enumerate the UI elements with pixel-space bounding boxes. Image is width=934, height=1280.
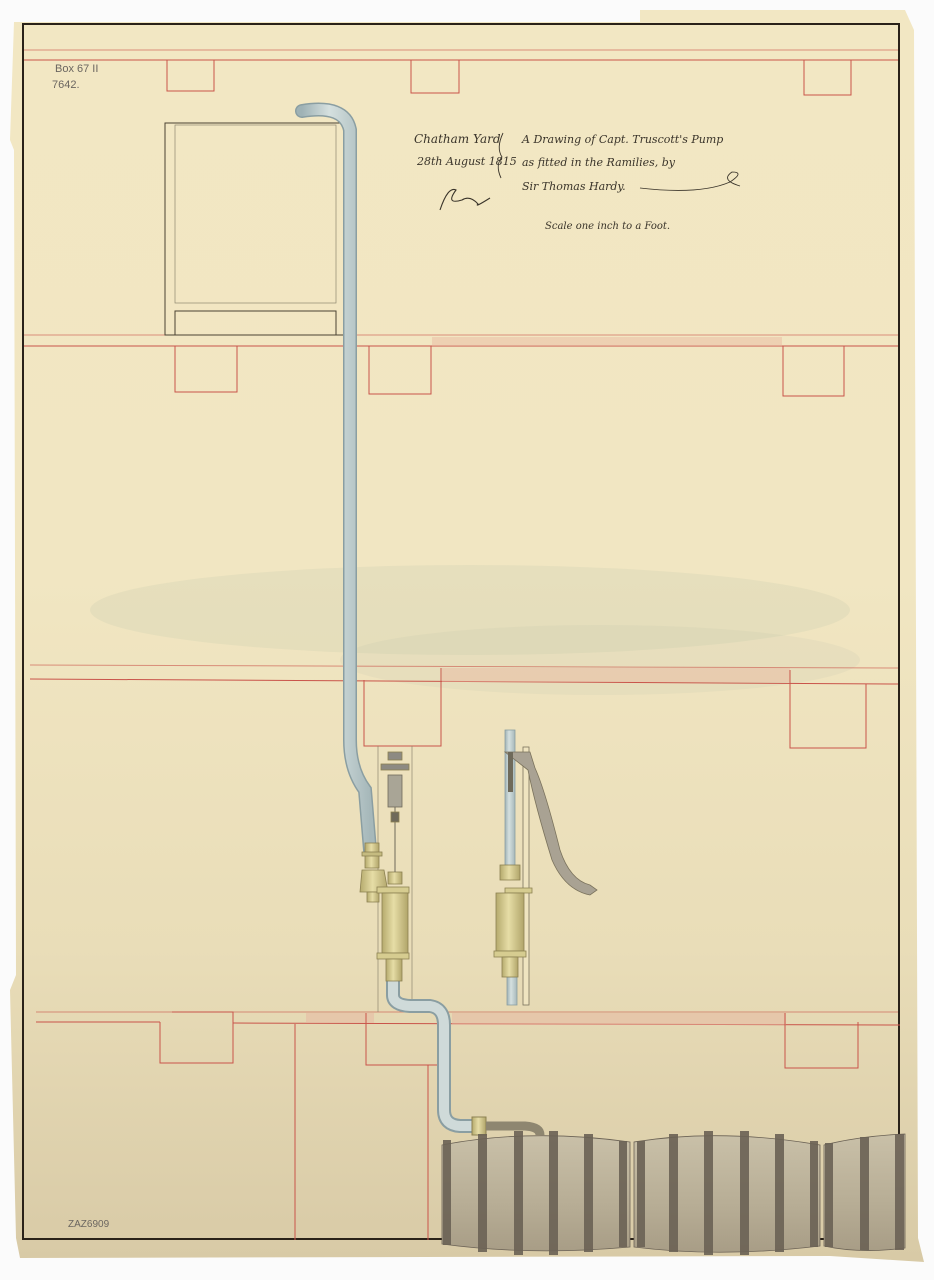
- cask-1: [442, 1136, 630, 1251]
- title-line-2: as fitted in the Ramilies, by: [522, 156, 676, 169]
- casks: [442, 1131, 905, 1255]
- pipe-coupling: [472, 1117, 486, 1135]
- drawing-sheet: Box 67 II 7642. ZAZ6909 Chatham Yard 28t…: [0, 0, 934, 1280]
- scale-label: Scale one inch to a Foot.: [545, 221, 670, 232]
- title-line-3: Sir Thomas Hardy.: [522, 180, 626, 193]
- place-label: Chatham Yard: [414, 132, 501, 146]
- reference-mark-number: 7642.: [52, 79, 80, 91]
- title-line-1: A Drawing of Capt. Truscott's Pump: [521, 133, 723, 146]
- reference-mark-bottom: ZAZ6909: [68, 1219, 110, 1230]
- cask-2: [634, 1136, 820, 1253]
- reference-mark-box: Box 67 II: [55, 63, 98, 75]
